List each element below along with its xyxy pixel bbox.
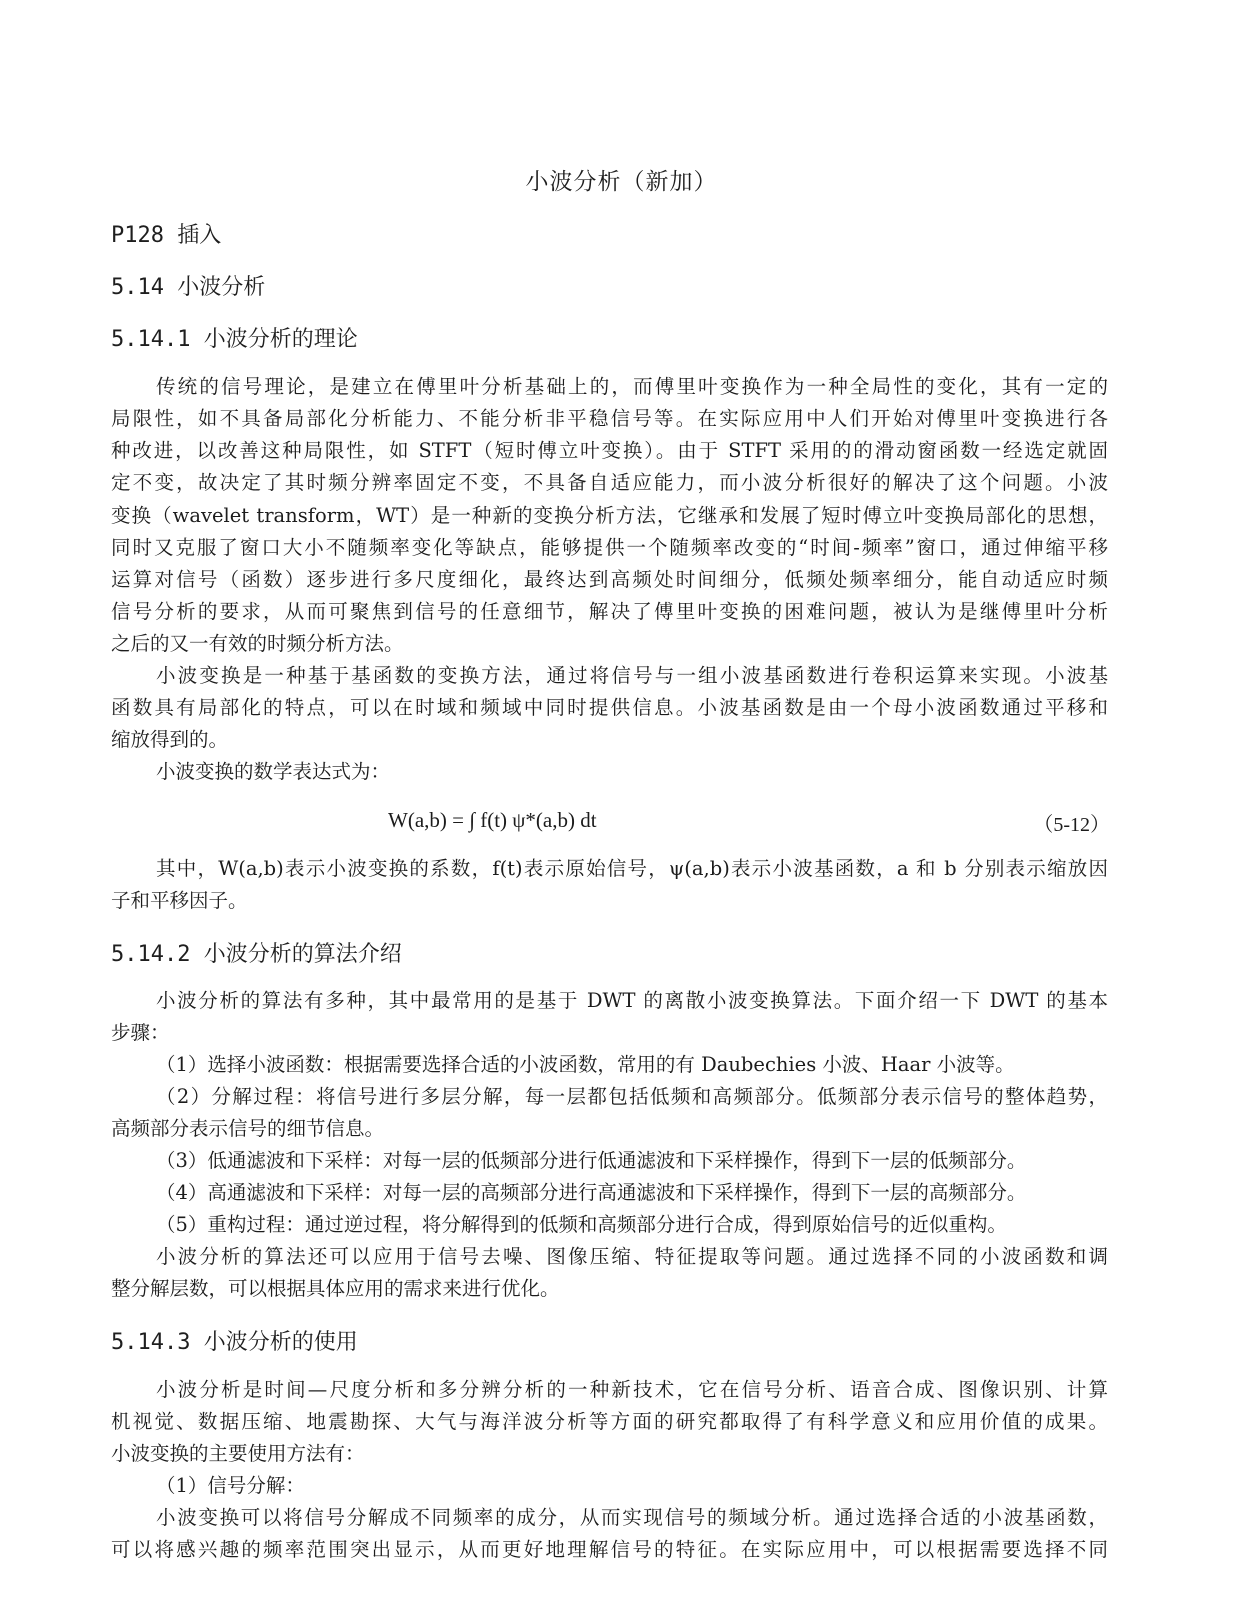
paragraph-line: 小波变换是一种基于基函数的变换方法，通过将信号与一组小波基函数进行卷积运算来实现… <box>156 663 1108 689</box>
paragraph-line: 定不变，故决定了其时频分辨率固定不变，不具备自适应能力，而小波分析很好的解决了这… <box>111 470 1108 496</box>
paragraph-line: 小波变换的数学表达式为： <box>156 759 1108 785</box>
paragraph-line: 可以将感兴趣的频率范围突出显示，从而更好地理解信号的特征。在实际应用中，可以根据… <box>111 1537 1108 1563</box>
subsection-heading-usage: 5.14.3 小波分析的使用 <box>111 1325 358 1356</box>
equation-number: （5-12） <box>1033 808 1110 837</box>
paragraph-line: 函数具有局部化的特点，可以在时域和频域中同时提供信息。小波基函数是由一个母小波函… <box>111 695 1108 721</box>
paragraph-line: 小波变换可以将信号分解成不同频率的成分，从而实现信号的频域分析。通过选择合适的小… <box>156 1505 1108 1531</box>
page-title: 小波分析（新加） <box>0 163 1243 196</box>
paragraph-line: 小波变换的主要使用方法有： <box>111 1441 1108 1467</box>
equation: W(a,b) = ∫ f(t) ψ*(a,b) dt <box>388 808 597 833</box>
paragraph-line: 种改进，以改善这种局限性，如 STFT（短时傅立叶变换）。由于 STFT 采用的… <box>111 438 1108 464</box>
paragraph-line: 局限性，如不具备局部化分析能力、不能分析非平稳信号等。在实际应用中人们开始对傅里… <box>111 406 1108 432</box>
paragraph-line: 小波分析是时间—尺度分析和多分辨分析的一种新技术，它在信号分析、语音合成、图像识… <box>156 1377 1108 1403</box>
paragraph-line: 信号分析的要求，从而可聚焦到信号的任意细节，解决了傅里叶变换的困难问题，被认为是… <box>111 599 1108 625</box>
list-item: （4）高通滤波和下采样：对每一层的高频部分进行高通滤波和下采样操作，得到下一层的… <box>156 1180 1108 1206</box>
paragraph-line: 同时又克服了窗口大小不随频率变化等缺点，能够提供一个随频率改变的“时间-频率”窗… <box>111 535 1108 561</box>
list-item-continuation: 高频部分表示信号的细节信息。 <box>111 1116 1108 1142</box>
insert-note: P128 插入 <box>111 218 221 249</box>
list-item: （1）选择小波函数：根据需要选择合适的小波函数，常用的有 Daubechies … <box>156 1052 1108 1078</box>
subsection-heading-algorithm: 5.14.2 小波分析的算法介绍 <box>111 937 402 968</box>
document-page: 小波分析（新加） P128 插入 5.14 小波分析 5.14.1 小波分析的理… <box>0 0 1243 1600</box>
list-item: （1）信号分解： <box>156 1473 1108 1499</box>
paragraph-line: 小波分析的算法还可以应用于信号去噪、图像压缩、特征提取等问题。通过选择不同的小波… <box>156 1244 1108 1270</box>
paragraph-line: 小波分析的算法有多种，其中最常用的是基于 DWT 的离散小波变换算法。下面介绍一… <box>156 988 1108 1014</box>
list-item: （5）重构过程：通过逆过程，将分解得到的低频和高频部分进行合成，得到原始信号的近… <box>156 1212 1108 1238</box>
paragraph-line: 其中，W(a,b)表示小波变换的系数，f(t)表示原始信号，ψ(a,b)表示小波… <box>156 856 1108 882</box>
paragraph-line: 子和平移因子。 <box>111 888 1108 914</box>
list-item: （2）分解过程：将信号进行多层分解，每一层都包括低频和高频部分。低频部分表示信号… <box>156 1084 1108 1110</box>
paragraph-line: 运算对信号（函数）逐步进行多尺度细化，最终达到高频处时间细分，低频处频率细分，能… <box>111 567 1108 593</box>
equation-expression: W(a,b) = ∫ f(t) ψ*(a,b) dt <box>388 808 597 832</box>
subsection-heading-theory: 5.14.1 小波分析的理论 <box>111 322 358 353</box>
list-item: （3）低通滤波和下采样：对每一层的低频部分进行低通滤波和下采样操作，得到下一层的… <box>156 1148 1108 1174</box>
paragraph-line: 缩放得到的。 <box>111 727 1108 753</box>
paragraph-line: 步骤： <box>111 1020 1108 1046</box>
paragraph-line: 整分解层数，可以根据具体应用的需求来进行优化。 <box>111 1276 1108 1302</box>
paragraph-line: 之后的又一有效的时频分析方法。 <box>111 631 1108 657</box>
paragraph-line: 变换（wavelet transform，WT）是一种新的变换分析方法，它继承和… <box>111 503 1108 529</box>
paragraph-line: 传统的信号理论，是建立在傅里叶分析基础上的，而傅里叶变换作为一种全局性的变化，其… <box>156 374 1108 400</box>
paragraph-line: 机视觉、数据压缩、地震勘探、大气与海洋波分析等方面的研究都取得了有科学意义和应用… <box>111 1409 1108 1435</box>
section-heading: 5.14 小波分析 <box>111 270 265 301</box>
